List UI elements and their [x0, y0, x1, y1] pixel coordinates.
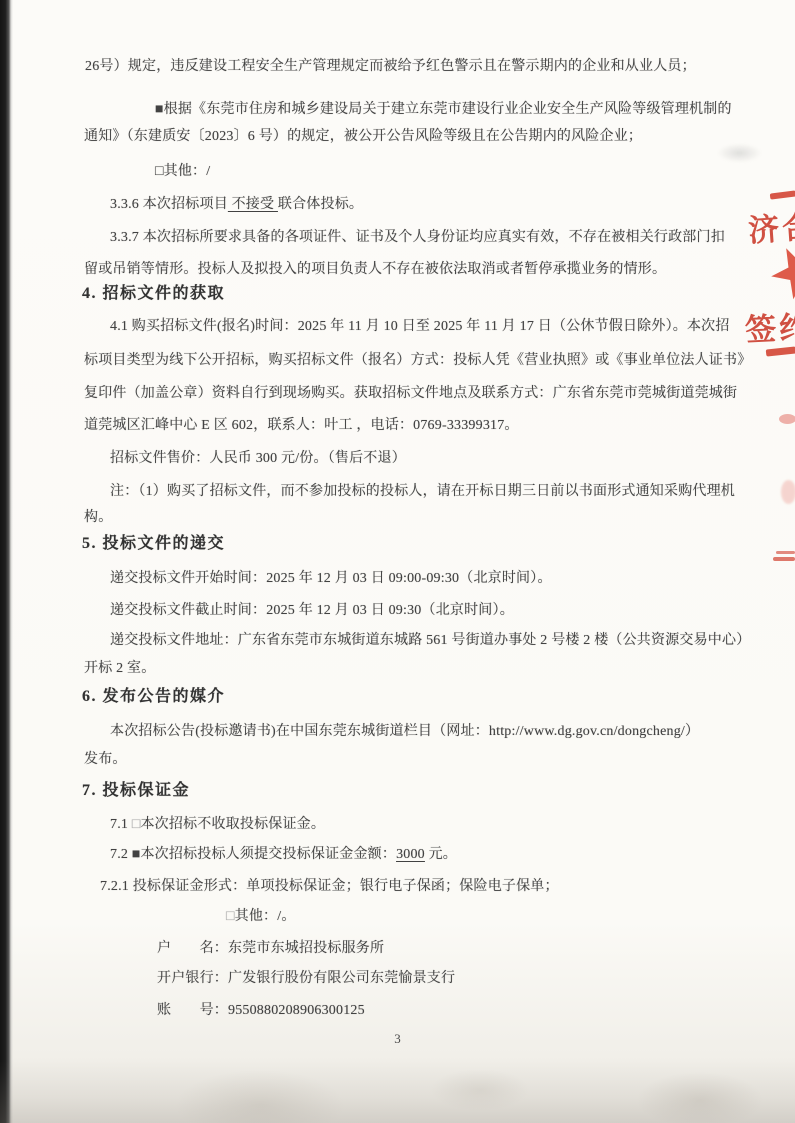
clause-7-2-text: 本次招标投标人须提交投标保证金金额：: [140, 847, 396, 862]
seal-ink-dash: [773, 557, 795, 561]
account-number-value: 9550880208906300125: [228, 1003, 365, 1018]
clause-4-1-line4: 道莞城区汇峰中心 E 区 602，联系人：叶工 ，电话：0769-3339931…: [84, 416, 519, 436]
scanned-document-page: 26号）规定，违反建设工程安全生产管理规定而被给予红色警示且在警示期内的企业和从…: [0, 0, 795, 1123]
clause-7-2-1-other-option: □其他：/。: [226, 907, 296, 927]
clause-3-3-6: 3.3.6 本次招标项目 不接受 联合体投标。: [110, 195, 363, 215]
clause-qita-option: □其他：/: [155, 162, 210, 182]
submission-address-line1: 递交投标文件地址：广东省东莞市东城街道东城路 561 号街道办事处 2 号楼 2…: [110, 631, 750, 651]
clause-4-1-line3: 复印件（加盖公章）资料自行到现场购买。获取招标文件地点及联系方式：广东省东莞市莞…: [84, 384, 737, 404]
ink-bleed-smudge: [712, 141, 767, 165]
submission-start-time: 递交投标文件开始时间：2025 年 12 月 03 日 09:00-09:30（…: [110, 569, 552, 589]
account-name-label: 户 名：: [157, 941, 228, 956]
account-number-label: 账 号：: [157, 1003, 228, 1018]
section-7-heading: 7. 投标保证金: [82, 781, 190, 801]
seal-text-lower: 签约: [744, 301, 795, 349]
account-name-value: 东莞市东城招投标服务所: [228, 941, 384, 956]
clause-7-2-unit: 元。: [425, 847, 457, 862]
bank-row: 开户银行：广发银行股份有限公司东莞愉景支行: [157, 969, 455, 989]
scan-bottom-shading: [0, 1059, 795, 1123]
section-4-heading: 4. 招标文件的获取: [82, 284, 225, 304]
bank-label: 开户银行：: [157, 971, 228, 986]
announcement-media-line2: 发布。: [84, 750, 127, 770]
page-number: 3: [0, 1031, 795, 1047]
checkbox-empty-icon: □: [226, 909, 235, 924]
clause-7-1-text: 本次招标不收取投标保证金。: [140, 817, 325, 832]
clause-4-1-line2: 标项目类型为线下公开招标，购买招标文件（报名）方式：投标人凭《营业执照》或《事业…: [84, 351, 751, 371]
clause-7-1: 7.1 □本次招标不收取投标保证金。: [110, 815, 325, 835]
seal-ink-dash: [776, 551, 795, 554]
bank-value: 广发银行股份有限公司东莞愉景支行: [228, 971, 455, 986]
section-5-heading: 5. 投标文件的递交: [82, 534, 225, 554]
clause-3-3-7-line1: 3.3.7 本次招标所要求具备的各项证件、证书及个人身份证均应真实有效，不存在被…: [110, 228, 725, 248]
account-number-row: 账 号：9550880208906300125: [157, 1001, 365, 1021]
clause-3-3-7-line2: 留或吊销等情形。投标人及拟投入的项目负责人不存在被依法取消或者暂停承揽业务的情形…: [84, 260, 666, 280]
clause-26hao-line: 26号）规定，违反建设工程安全生产管理规定而被给予红色警示且在警示期内的企业和从…: [85, 57, 696, 77]
note-line1: 注：（1）购买了招标文件，而不参加投标的投标人，请在开标日期三日前以书面形式通知…: [110, 482, 735, 502]
clause-3-3-6-pre: 3.3.6 本次招标项目: [110, 197, 228, 212]
account-name-row: 户 名：东莞市东城招投标服务所: [157, 939, 384, 959]
clause-7-2-1-other-text: 其他：/。: [235, 909, 296, 924]
seal-text-upper: 济合: [747, 201, 795, 251]
submission-address-line2: 开标 2 室。: [84, 659, 155, 679]
submission-deadline: 递交投标文件截止时间：2025 年 12 月 03 日 09:30（北京时间）。: [110, 601, 514, 621]
seal-ink-smudge: [779, 414, 795, 424]
note-line2: 构。: [84, 508, 112, 528]
seal-ink-smudge-faint: [781, 480, 795, 504]
clause-genju-line2: 通知》（东建质安〔2023〕6 号）的规定，被公开公告风险等级且在公告期内的风险…: [84, 127, 642, 147]
clause-7-1-number: 7.1: [110, 817, 132, 832]
announcement-media-line1: 本次招标公告(投标邀请书)在中国东莞东城街道栏目（网址：http://www.d…: [110, 722, 699, 742]
section-6-heading: 6. 发布公告的媒介: [82, 687, 225, 707]
document-price-line: 招标文件售价：人民币 300 元/份。（售后不退）: [110, 449, 406, 469]
scanner-edge-shadow: [0, 0, 13, 1123]
clause-7-2-1: 7.2.1 投标保证金形式：单项投标保证金；银行电子保函；保险电子保单；: [100, 877, 559, 897]
clause-7-2: 7.2 ■本次招标投标人须提交投标保证金金额：3000 元。: [110, 845, 457, 865]
seal-border-bar-top: [770, 190, 795, 199]
clause-7-2-number: 7.2: [110, 847, 132, 862]
seal-star-icon: [748, 246, 795, 300]
clause-3-3-6-post: 联合体投标。: [278, 197, 363, 212]
bid-bond-amount: 3000: [396, 847, 425, 862]
clause-genju-line1: ■根据《东莞市住房和城乡建设局关于建立东莞市建设行业企业安全生产风险等级管理机制…: [155, 100, 732, 120]
clause-4-1-line1: 4.1 购买招标文件(报名)时间：2025 年 11 月 10 日至 2025 …: [110, 317, 730, 337]
clause-3-3-6-underlined-value: 不接受: [228, 197, 278, 212]
